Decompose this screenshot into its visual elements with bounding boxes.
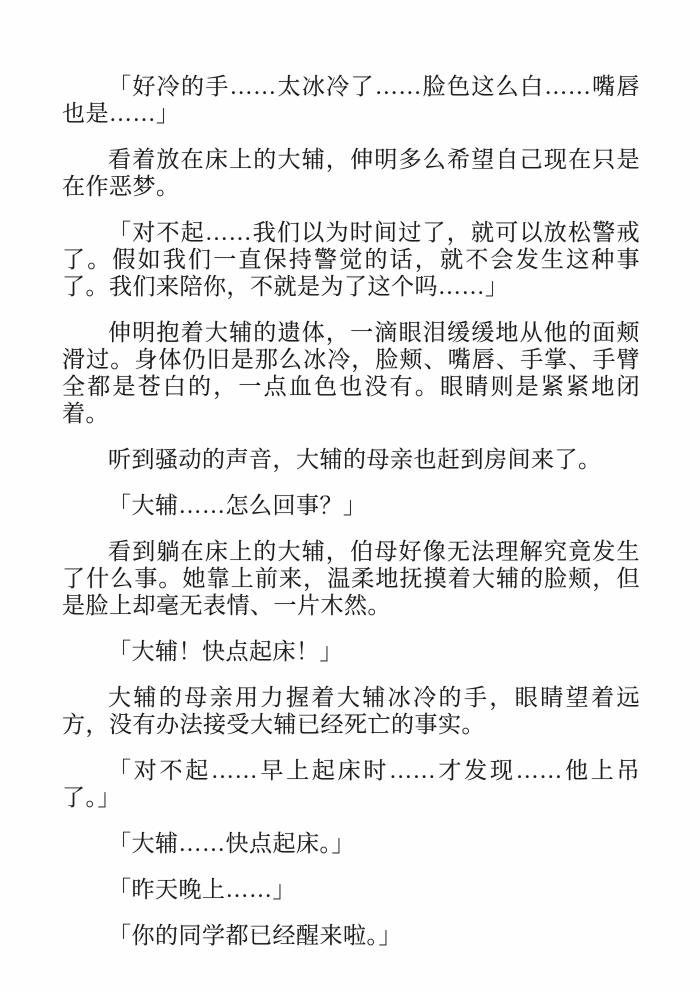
paragraph-narration: 看到躺在床上的大辅，伯母好像无法理解究竟发生了什么事。她靠上前来，温柔地抚摸着大… — [62, 538, 640, 619]
book-page: 「好冷的手……太冰冷了……脸色这么白……嘴唇也是……」 看着放在床上的大辅，伸明… — [0, 0, 700, 992]
paragraph-dialogue: 「对不起……早上起床时……才发现……他上吊了。」 — [62, 757, 640, 811]
paragraph-dialogue: 「大辅……快点起床。」 — [62, 830, 640, 857]
paragraph-narration: 听到骚动的声音，大辅的母亲也赶到房间来了。 — [62, 446, 640, 473]
paragraph-narration: 大辅的母亲用力握着大辅冰冷的手，眼睛望着远方，没有办法接受大辅已经死亡的事实。 — [62, 684, 640, 738]
paragraph-narration: 伸明抱着大辅的遗体，一滴眼泪缓缓地从他的面颊滑过。身体仍旧是那么冰冷，脸颊、嘴唇… — [62, 319, 640, 427]
paragraph-dialogue: 「大辅……怎么回事？」 — [62, 492, 640, 519]
paragraph-dialogue: 「对不起……我们以为时间过了，就可以放松警戒了。假如我们一直保持警觉的话，就不会… — [62, 219, 640, 300]
paragraph-dialogue: 「好冷的手……太冰冷了……脸色这么白……嘴唇也是……」 — [62, 73, 640, 127]
paragraph-dialogue: 「昨天晚上……」 — [62, 876, 640, 903]
paragraph-dialogue: 「你的同学都已经醒来啦。」 — [62, 922, 640, 949]
paragraph-narration: 看着放在床上的大辅，伸明多么希望自己现在只是在作恶梦。 — [62, 146, 640, 200]
paragraph-dialogue: 「大辅！快点起床！」 — [62, 638, 640, 665]
